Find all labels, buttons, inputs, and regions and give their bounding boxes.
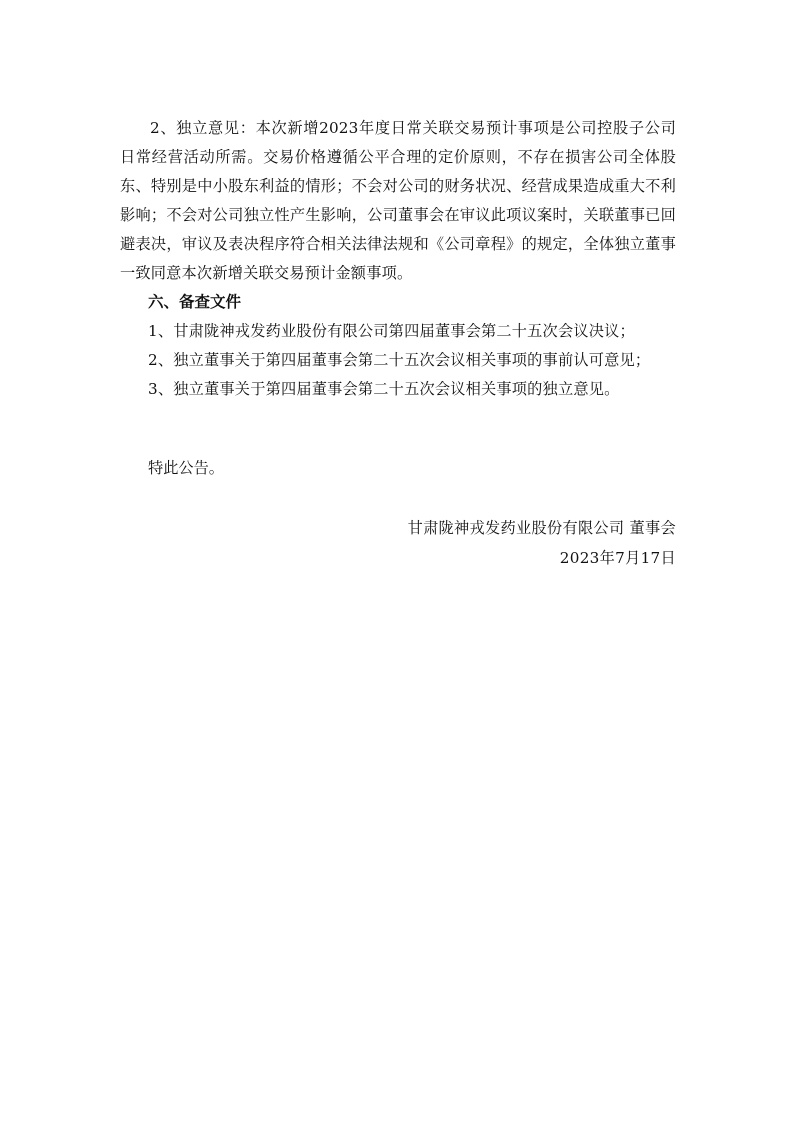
independent-opinion-paragraph: 2、独立意见：本次新增2023年度日常关联交易预计事项是公司控股子公司日常经营活… [120, 114, 676, 288]
signature-company: 甘肃陇神戎发药业股份有限公司 董事会 [120, 513, 676, 543]
closing-statement: 特此公告。 [120, 454, 676, 483]
reference-item-3: 3、独立董事关于第四届董事会第二十五次会议相关事项的独立意见。 [120, 375, 676, 404]
document-body: 2、独立意见：本次新增2023年度日常关联交易预计事项是公司控股子公司日常经营活… [120, 114, 676, 573]
document-page: 2、独立意见：本次新增2023年度日常关联交易预计事项是公司控股子公司日常经营活… [0, 0, 793, 1122]
section-heading-reference-documents: 六、备查文件 [120, 288, 676, 317]
signature-block: 甘肃陇神戎发药业股份有限公司 董事会 2023年7月17日 [120, 513, 676, 573]
reference-item-2: 2、独立董事关于第四届董事会第二十五次会议相关事项的事前认可意见； [120, 346, 676, 375]
signature-date: 2023年7月17日 [120, 543, 676, 573]
reference-item-1: 1、甘肃陇神戎发药业股份有限公司第四届董事会第二十五次会议决议； [120, 317, 676, 346]
